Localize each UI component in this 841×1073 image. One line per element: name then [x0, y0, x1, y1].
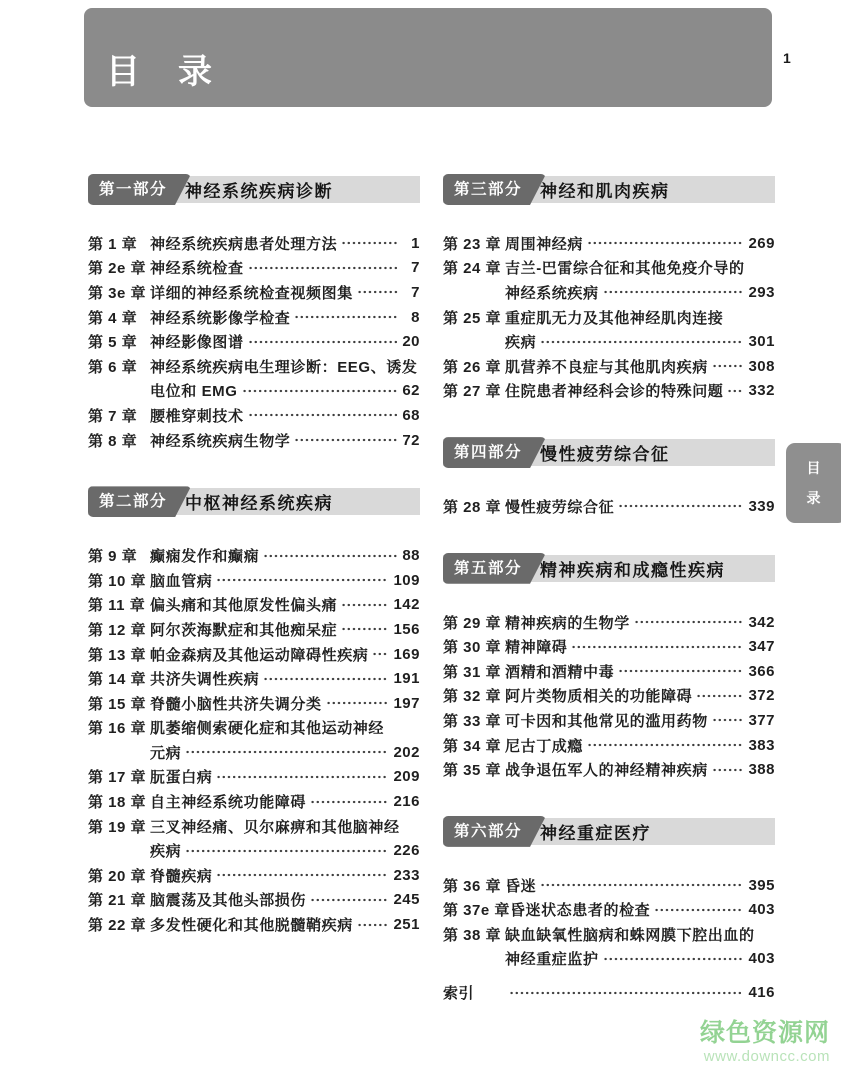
- chapter-title: 周围神经病: [505, 233, 583, 254]
- chapter-page-number: 233: [393, 867, 420, 884]
- toc-entry-line: 第 19 章三叉神经痛、贝尔麻痹和其他脑神经: [88, 814, 420, 839]
- toc-entry-line: 第 15 章脊髓小脑性共济失调分类197: [88, 691, 420, 716]
- dot-leader: [216, 574, 388, 586]
- chapter-title: 尼古丁成瘾: [505, 735, 583, 756]
- toc-section: 第四部分慢性疲劳综合征第 28 章慢性疲劳综合征339: [443, 439, 775, 519]
- chapter-title: 多发性硬化和其他脱髓鞘疾病: [150, 914, 353, 935]
- chapter-number: 第 3e 章: [88, 282, 150, 303]
- chapter-number: 索引: [443, 982, 505, 1003]
- toc-entry-line: 神经系统疾病293: [443, 280, 775, 305]
- chapter-page-number: 308: [748, 358, 775, 375]
- watermark-site-name: 绿色资源网: [700, 1021, 830, 1046]
- chapter-number: 第 13 章: [88, 644, 150, 665]
- chapter-page-number: 209: [393, 768, 420, 785]
- dot-leader: [587, 739, 743, 751]
- toc-entry-line: 第 31 章酒精和酒精中毒366: [443, 659, 775, 684]
- chapter-title: 脊髓小脑性共济失调分类: [150, 693, 322, 714]
- section-part-label: 第二部分: [88, 486, 191, 517]
- toc-section: 第三部分神经和肌肉疾病第 23 章周围神经病269第 24 章吉兰-巴雷综合征和…: [443, 176, 775, 403]
- chapter-title: 神经系统检查: [150, 257, 244, 278]
- chapter-number: 第 29 章: [443, 612, 505, 633]
- chapter-title: 癫痫发作和癫痫: [150, 545, 259, 566]
- dot-leader: [571, 641, 743, 653]
- toc-entry-line: 第 5 章神经影像图谱20: [88, 329, 420, 354]
- section-header-bar: 第一部分神经系统疾病诊断: [88, 176, 420, 203]
- chapter-number: 第 12 章: [88, 619, 150, 640]
- chapter-title: 三叉神经痛、贝尔麻痹和其他脑神经: [150, 816, 400, 837]
- page-header-banner: 目 录: [84, 8, 772, 107]
- toc-entry-line: 第 28 章慢性疲劳综合征339: [443, 494, 775, 519]
- chapter-title: 精神疾病的生物学: [505, 612, 630, 633]
- toc-entry-line: 第 27 章住院患者神经科会诊的特殊问题332: [443, 379, 775, 404]
- chapter-title: 神经系统疾病生物学: [150, 430, 290, 451]
- chapter-title: 脊髓疾病: [150, 865, 212, 886]
- chapter-number: 第 30 章: [443, 636, 505, 657]
- chapter-number: 第 7 章: [88, 405, 150, 426]
- dot-leader: [618, 665, 743, 677]
- chapter-page-number: 342: [748, 614, 775, 631]
- dot-leader: [357, 286, 399, 298]
- dot-leader: [587, 237, 743, 249]
- chapter-number: 第 23 章: [443, 233, 505, 254]
- toc-entry-line: 第 37e 章昏迷状态患者的检查403: [443, 898, 775, 923]
- toc-entry-line: 第 10 章脑血管病109: [88, 568, 420, 593]
- dot-leader: [712, 714, 744, 726]
- dot-leader: [341, 237, 399, 249]
- dot-leader: [216, 771, 388, 783]
- chapter-title: 精神障碍: [505, 636, 567, 657]
- chapter-title: 神经系统疾病患者处理方法: [150, 233, 337, 254]
- edge-tab-char: 录: [807, 491, 821, 505]
- chapter-number: 第 38 章: [443, 924, 505, 945]
- section-part-label: 第五部分: [443, 553, 546, 584]
- chapter-page-number: 20: [402, 333, 420, 350]
- toc-section: 第一部分神经系统疾病诊断第 1 章神经系统疾病患者处理方法1第 2e 章神经系统…: [88, 176, 420, 452]
- toc-entry-line: 疾病301: [443, 329, 775, 354]
- chapter-page-number: 156: [393, 621, 420, 638]
- toc-entry-line: 第 21 章脑震荡及其他头部损伤245: [88, 888, 420, 913]
- page-title: 目 录: [84, 8, 772, 92]
- chapter-number: 第 17 章: [88, 766, 150, 787]
- chapter-title: 脑血管病: [150, 570, 212, 591]
- chapter-title: 吉兰-巴雷综合征和其他免疫介导的: [505, 257, 745, 278]
- section-header-bar: 第三部分神经和肌肉疾病: [443, 176, 775, 203]
- dot-leader: [294, 434, 397, 446]
- chapter-title: 阿片类物质相关的功能障碍: [505, 685, 692, 706]
- toc-column-left: 第一部分神经系统疾病诊断第 1 章神经系统疾病患者处理方法1第 2e 章神经系统…: [88, 176, 420, 937]
- dot-leader: [341, 599, 388, 611]
- toc-entry-line: 第 17 章朊蛋白病209: [88, 765, 420, 790]
- chapter-page-number: 7: [404, 259, 420, 276]
- dot-leader: [727, 385, 743, 397]
- toc-entry-line: 第 13 章帕金森病及其他运动障碍性疾病169: [88, 642, 420, 667]
- dot-leader: [248, 336, 398, 348]
- section-part-label: 第一部分: [88, 174, 191, 205]
- chapter-title: 电位和 EMG: [150, 380, 238, 401]
- page-number: 1: [783, 50, 803, 66]
- chapter-page-number: 197: [393, 695, 420, 712]
- dot-leader: [696, 690, 743, 702]
- section-header-bar: 第四部分慢性疲劳综合征: [443, 439, 775, 466]
- toc-entry-line: 第 35 章战争退伍军人的神经精神疾病388: [443, 757, 775, 782]
- toc-entry-line: 第 18 章自主神经系统功能障碍216: [88, 789, 420, 814]
- dot-leader: [326, 697, 389, 709]
- chapter-page-number: 388: [748, 761, 775, 778]
- chapter-page-number: 416: [748, 984, 775, 1001]
- watermark-site-url: www.downcc.com: [700, 1049, 830, 1064]
- chapter-number: 第 18 章: [88, 791, 150, 812]
- dot-leader: [654, 904, 743, 916]
- dot-leader: [310, 796, 388, 808]
- chapter-number: 第 33 章: [443, 710, 505, 731]
- dot-leader: [294, 311, 399, 323]
- dot-leader: [603, 953, 744, 965]
- chapter-title: 疾病: [505, 331, 536, 352]
- chapter-page-number: 403: [748, 950, 775, 967]
- chapter-title: 阿尔茨海默症和其他痴呆症: [150, 619, 337, 640]
- toc-section: 索引416: [443, 980, 775, 1005]
- chapter-number: 第 34 章: [443, 735, 505, 756]
- chapter-number: 第 15 章: [88, 693, 150, 714]
- section-title: 神经系统疾病诊断: [185, 177, 333, 202]
- toc-entry-line: 第 38 章缺血缺氧性脑病和蛛网膜下腔出血的: [443, 922, 775, 947]
- edge-tab-contents: 目 录: [786, 443, 841, 523]
- chapter-title: 神经系统疾病电生理诊断：EEG、诱发: [150, 356, 417, 377]
- dot-leader: [263, 550, 397, 562]
- chapter-number: 第 27 章: [443, 380, 505, 401]
- chapter-title: 共济失调性疾病: [150, 668, 259, 689]
- chapter-title: 肌营养不良症与其他肌肉疾病: [505, 356, 708, 377]
- toc-entry-line: 索引416: [443, 980, 775, 1005]
- section-title: 慢性疲劳综合征: [540, 440, 670, 465]
- section-header-bar: 第五部分精神疾病和成瘾性疾病: [443, 555, 775, 582]
- toc-entry-line: 第 25 章重症肌无力及其他神经肌肉连接: [443, 305, 775, 330]
- chapter-number: 第 11 章: [88, 594, 150, 615]
- chapter-title: 缺血缺氧性脑病和蛛网膜下腔出血的: [505, 924, 755, 945]
- chapter-number: 第 37e 章: [443, 899, 510, 920]
- chapter-page-number: 216: [393, 793, 420, 810]
- toc-entry-line: 电位和 EMG62: [88, 379, 420, 404]
- dot-leader: [185, 746, 388, 758]
- chapter-number: 第 10 章: [88, 570, 150, 591]
- toc-entry-line: 第 36 章昏迷395: [443, 873, 775, 898]
- chapter-page-number: 339: [748, 498, 775, 515]
- dot-leader: [248, 409, 398, 421]
- dot-leader: [509, 987, 743, 999]
- section-title: 神经和肌肉疾病: [540, 177, 670, 202]
- chapter-number: 第 19 章: [88, 816, 150, 837]
- chapter-page-number: 202: [393, 744, 420, 761]
- chapter-page-number: 245: [393, 891, 420, 908]
- section-title: 精神疾病和成瘾性疾病: [540, 556, 725, 581]
- toc-entry-line: 第 8 章神经系统疾病生物学72: [88, 428, 420, 453]
- toc-entry-line: 第 26 章肌营养不良症与其他肌肉疾病308: [443, 354, 775, 379]
- chapter-title: 重症肌无力及其他神经肌肉连接: [505, 307, 723, 328]
- dot-leader: [540, 336, 743, 348]
- chapter-number: 第 22 章: [88, 914, 150, 935]
- toc-entry-line: 第 34 章尼古丁成瘾383: [443, 733, 775, 758]
- toc-entry-line: 神经重症监护403: [443, 947, 775, 972]
- chapter-number: 第 5 章: [88, 331, 150, 352]
- toc-entry-line: 元病202: [88, 740, 420, 765]
- dot-leader: [357, 919, 389, 931]
- toc-entry-line: 第 23 章周围神经病269: [443, 231, 775, 256]
- chapter-number: 第 32 章: [443, 685, 505, 706]
- dot-leader: [310, 894, 388, 906]
- toc-entry-line: 第 33 章可卡因和其他常见的滥用药物377: [443, 708, 775, 733]
- dot-leader: [618, 500, 743, 512]
- section-part-label: 第六部分: [443, 816, 546, 847]
- chapter-page-number: 68: [402, 407, 420, 424]
- chapter-title: 慢性疲劳综合征: [505, 496, 614, 517]
- toc-entry-line: 第 2e 章神经系统检查7: [88, 256, 420, 281]
- chapter-title: 酒精和酒精中毒: [505, 661, 614, 682]
- chapter-page-number: 403: [748, 901, 775, 918]
- chapter-title: 肌萎缩侧索硬化症和其他运动神经: [150, 717, 384, 738]
- chapter-page-number: 395: [748, 877, 775, 894]
- chapter-page-number: 88: [402, 547, 420, 564]
- dot-leader: [540, 879, 743, 891]
- chapter-title: 自主神经系统功能障碍: [150, 791, 306, 812]
- chapter-title: 疾病: [150, 840, 181, 861]
- toc-entry-line: 第 4 章神经系统影像学检查8: [88, 305, 420, 330]
- chapter-title: 朊蛋白病: [150, 766, 212, 787]
- dot-leader: [185, 845, 388, 857]
- watermark: 绿色资源网 www.downcc.com: [700, 1021, 830, 1064]
- toc-entry-line: 第 3e 章详细的神经系统检查视频图集7: [88, 280, 420, 305]
- dot-leader: [603, 286, 744, 298]
- chapter-page-number: 372: [748, 687, 775, 704]
- toc-entry-line: 第 14 章共济失调性疾病191: [88, 666, 420, 691]
- chapter-title: 昏迷状态患者的检查: [510, 899, 650, 920]
- toc-entry-line: 疾病226: [88, 838, 420, 863]
- chapter-number: 第 25 章: [443, 307, 505, 328]
- chapter-page-number: 332: [748, 382, 775, 399]
- section-part-label: 第三部分: [443, 174, 546, 205]
- section-title: 中枢神经系统疾病: [185, 489, 333, 514]
- chapter-number: 第 28 章: [443, 496, 505, 517]
- chapter-title: 神经影像图谱: [150, 331, 244, 352]
- section-title: 神经重症医疗: [540, 819, 651, 844]
- chapter-number: 第 14 章: [88, 668, 150, 689]
- toc-entry-line: 第 29 章精神疾病的生物学342: [443, 610, 775, 635]
- toc-entry-line: 第 12 章阿尔茨海默症和其他痴呆症156: [88, 617, 420, 642]
- dot-leader: [242, 385, 398, 397]
- chapter-number: 第 16 章: [88, 717, 150, 738]
- chapter-page-number: 293: [748, 284, 775, 301]
- chapter-number: 第 2e 章: [88, 257, 150, 278]
- section-header-bar: 第六部分神经重症医疗: [443, 818, 775, 845]
- chapter-page-number: 269: [748, 235, 775, 252]
- chapter-page-number: 226: [393, 842, 420, 859]
- dot-leader: [634, 616, 744, 628]
- edge-tab-char: 目: [807, 461, 821, 475]
- chapter-page-number: 251: [393, 916, 420, 933]
- chapter-page-number: 109: [393, 572, 420, 589]
- chapter-title: 战争退伍军人的神经精神疾病: [505, 759, 708, 780]
- chapter-title: 神经系统影像学检查: [150, 307, 290, 328]
- dot-leader: [712, 360, 744, 372]
- dot-leader: [341, 623, 388, 635]
- toc-entry-line: 第 6 章神经系统疾病电生理诊断：EEG、诱发: [88, 354, 420, 379]
- chapter-title: 详细的神经系统检查视频图集: [150, 282, 353, 303]
- chapter-page-number: 191: [393, 670, 420, 687]
- chapter-number: 第 21 章: [88, 889, 150, 910]
- chapter-title: 腰椎穿刺技术: [150, 405, 244, 426]
- dot-leader: [216, 869, 388, 881]
- toc-entry-line: 第 1 章神经系统疾病患者处理方法1: [88, 231, 420, 256]
- chapter-page-number: 72: [402, 432, 420, 449]
- chapter-title: 神经重症监护: [505, 948, 599, 969]
- chapter-page-number: 377: [748, 712, 775, 729]
- chapter-page-number: 169: [393, 646, 420, 663]
- chapter-page-number: 347: [748, 638, 775, 655]
- chapter-number: 第 8 章: [88, 430, 150, 451]
- chapter-number: 第 36 章: [443, 875, 505, 896]
- chapter-page-number: 7: [404, 284, 420, 301]
- chapter-page-number: 62: [402, 382, 420, 399]
- toc-entry-line: 第 7 章腰椎穿刺技术68: [88, 403, 420, 428]
- toc-section: 第六部分神经重症医疗第 36 章昏迷395第 37e 章昏迷状态患者的检查403…: [443, 818, 775, 971]
- section-part-label: 第四部分: [443, 437, 546, 468]
- toc-entry-line: 第 9 章癫痫发作和癫痫88: [88, 543, 420, 568]
- chapter-page-number: 1: [404, 235, 420, 252]
- chapter-title: 住院患者神经科会诊的特殊问题: [505, 380, 723, 401]
- chapter-page-number: 366: [748, 663, 775, 680]
- chapter-title: 可卡因和其他常见的滥用药物: [505, 710, 708, 731]
- dot-leader: [263, 673, 388, 685]
- dot-leader: [248, 262, 399, 274]
- chapter-title: 脑震荡及其他头部损伤: [150, 889, 306, 910]
- chapter-title: 神经系统疾病: [505, 282, 599, 303]
- chapter-number: 第 1 章: [88, 233, 150, 254]
- toc-entry-line: 第 32 章阿片类物质相关的功能障碍372: [443, 684, 775, 709]
- toc-section: 第二部分中枢神经系统疾病第 9 章癫痫发作和癫痫88第 10 章脑血管病109第…: [88, 488, 420, 937]
- toc-column-right: 第三部分神经和肌肉疾病第 23 章周围神经病269第 24 章吉兰-巴雷综合征和…: [443, 176, 775, 1005]
- chapter-number: 第 24 章: [443, 257, 505, 278]
- chapter-title: 元病: [150, 742, 181, 763]
- chapter-number: 第 4 章: [88, 307, 150, 328]
- chapter-number: 第 9 章: [88, 545, 150, 566]
- chapter-number: 第 20 章: [88, 865, 150, 886]
- chapter-title: 偏头痛和其他原发性偏头痛: [150, 594, 337, 615]
- toc-entry-line: 第 20 章脊髓疾病233: [88, 863, 420, 888]
- chapter-page-number: 383: [748, 737, 775, 754]
- toc-entry-line: 第 16 章肌萎缩侧索硬化症和其他运动神经: [88, 716, 420, 741]
- chapter-title: 帕金森病及其他运动障碍性疾病: [150, 644, 368, 665]
- toc-entry-line: 第 24 章吉兰-巴雷综合征和其他免疫介导的: [443, 256, 775, 281]
- chapter-title: 昏迷: [505, 875, 536, 896]
- dot-leader: [372, 648, 388, 660]
- chapter-number: 第 35 章: [443, 759, 505, 780]
- chapter-number: 第 31 章: [443, 661, 505, 682]
- toc-entry-line: 第 30 章精神障碍347: [443, 634, 775, 659]
- toc-section: 第五部分精神疾病和成瘾性疾病第 29 章精神疾病的生物学342第 30 章精神障…: [443, 555, 775, 782]
- chapter-page-number: 301: [748, 333, 775, 350]
- chapter-page-number: 142: [393, 596, 420, 613]
- toc-entry-line: 第 22 章多发性硬化和其他脱髓鞘疾病251: [88, 912, 420, 937]
- chapter-number: 第 26 章: [443, 356, 505, 377]
- dot-leader: [712, 764, 744, 776]
- section-header-bar: 第二部分中枢神经系统疾病: [88, 488, 420, 515]
- chapter-number: 第 6 章: [88, 356, 150, 377]
- chapter-page-number: 8: [404, 309, 420, 326]
- toc-entry-line: 第 11 章偏头痛和其他原发性偏头痛142: [88, 593, 420, 618]
